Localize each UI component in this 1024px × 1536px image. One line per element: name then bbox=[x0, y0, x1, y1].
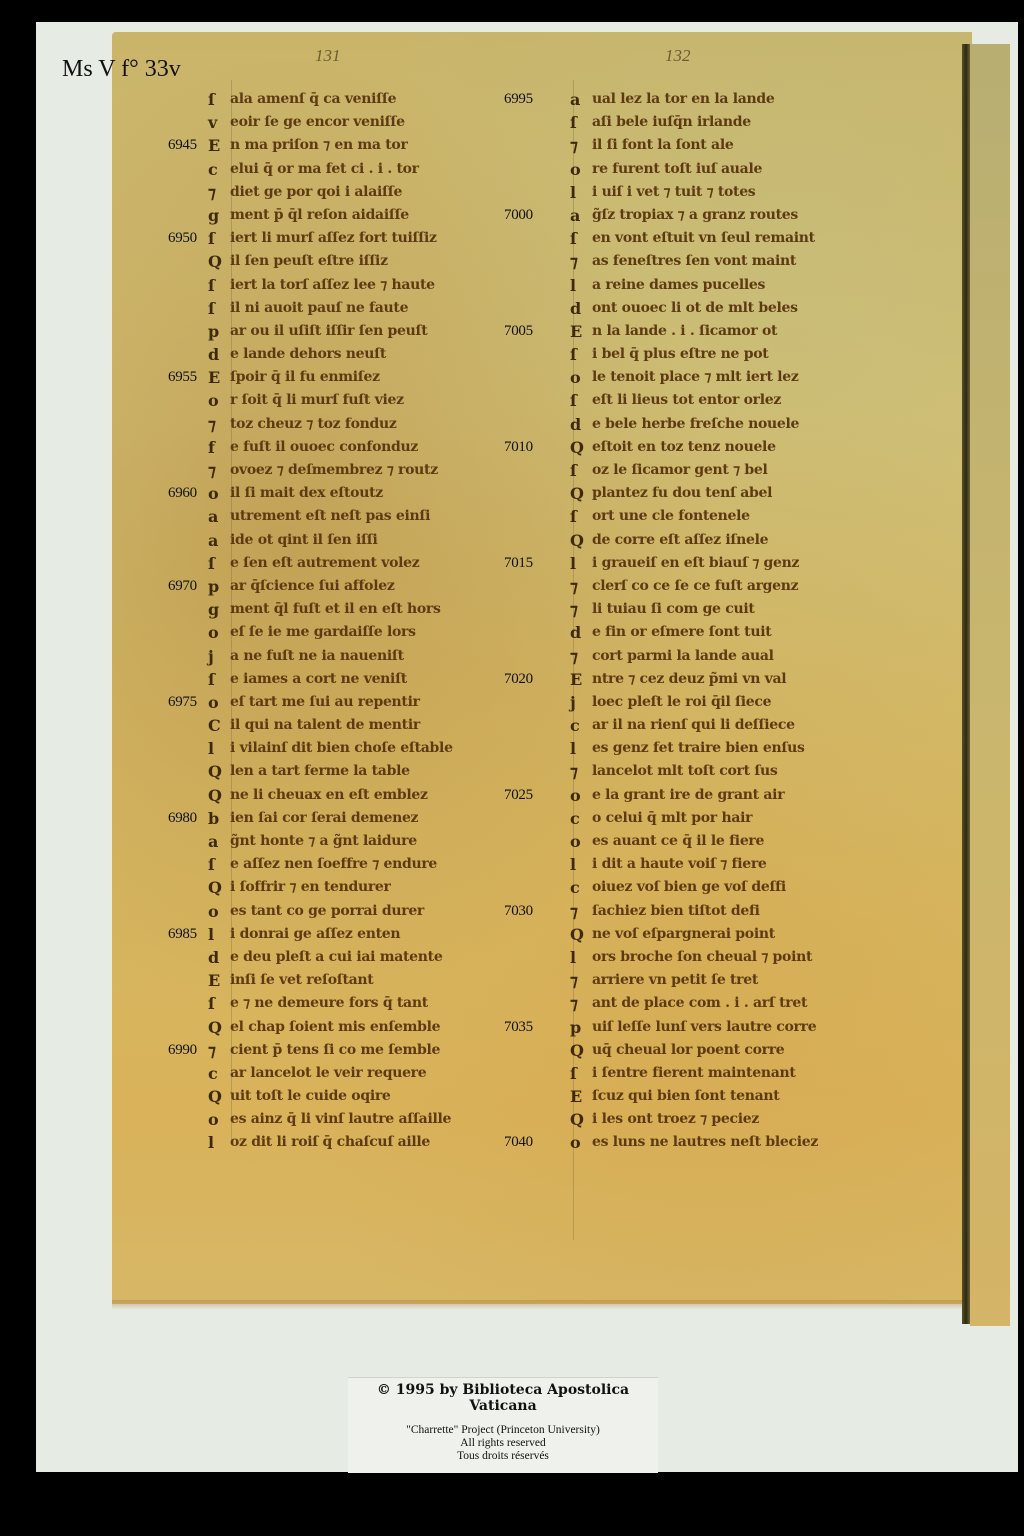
verse-line: ſe ſen eſt autrement volez bbox=[208, 552, 508, 575]
rights-reserved-fr: Tous droits réservés bbox=[348, 1450, 658, 1463]
verse-line: li vilainſ dit bien choſe eſtable bbox=[208, 737, 508, 760]
verse-line: ſeſt li lieus tot entor orlez bbox=[570, 389, 870, 412]
verse-initial: d bbox=[570, 297, 588, 320]
verse-text: i ſentre fierent maintenant bbox=[592, 1062, 796, 1085]
verse-text: toz cheuz ⁊ toz fonduz bbox=[230, 413, 397, 436]
verse-text: ntre ⁊ cez deuz p̃mi vn val bbox=[592, 668, 786, 691]
verse-initial: Q bbox=[570, 1039, 588, 1062]
verse-line: ⁊li tuiau ſi com ge cuit bbox=[570, 598, 870, 621]
verse-initial: c bbox=[570, 876, 588, 899]
verse-initial: b bbox=[208, 807, 226, 830]
verse-initial: p bbox=[570, 1016, 588, 1039]
verse-text: ort une cle fontenele bbox=[592, 505, 750, 528]
verse-initial: ⁊ bbox=[208, 1039, 226, 1062]
verse-line: ſil ni auoit pauſ ne faute bbox=[208, 297, 508, 320]
verse-initial: Q bbox=[208, 760, 226, 783]
verse-line: Qil ſen peuſt eſtre iſſiz bbox=[208, 250, 508, 273]
verse-line: car il na rienſ qui li deſſiece bbox=[570, 714, 870, 737]
verse-line: ⁊arriere vn petit ſe tret bbox=[570, 969, 870, 992]
verse-text: e bele herbe freſche nouele bbox=[592, 413, 799, 436]
verse-initial: ⁊ bbox=[570, 575, 588, 598]
verse-text: diet ge por qoi i alaiſſe bbox=[230, 181, 402, 204]
line-number: 7005 bbox=[504, 320, 533, 343]
verse-line: or ſoit q̄ li murſ fuſt viez bbox=[208, 389, 508, 412]
verse-line: Qi les ont troez ⁊ peciez bbox=[570, 1108, 870, 1131]
verse-initial: c bbox=[208, 158, 226, 181]
verse-line: oeſ tart me ſui au repentir6975 bbox=[208, 691, 508, 714]
verse-initial: E bbox=[570, 320, 588, 343]
verse-text: eſ ſe ie me gardaiſſe lors bbox=[230, 621, 416, 644]
verse-text: re furent toſt iuſ auale bbox=[592, 158, 762, 181]
verse-line: ſi ſentre fierent maintenant bbox=[570, 1062, 870, 1085]
verse-line: par q̄ſcience ſui affolez6970 bbox=[208, 575, 508, 598]
line-number: 6975 bbox=[168, 691, 197, 714]
verse-text: oiuez voſ bien ge voſ deſfi bbox=[592, 876, 786, 899]
verse-text: es tant co ge porrai durer bbox=[230, 900, 424, 923]
verse-text: aſi bele iuſq̄n irlande bbox=[592, 111, 751, 134]
verse-text: clerſ co ce ſe ce fuſt argenz bbox=[592, 575, 798, 598]
line-number: 6960 bbox=[168, 482, 197, 505]
verse-text: g̃nt honte ⁊ a g̃nt laidure bbox=[230, 830, 417, 853]
copyright-label: © 1995 by Biblioteca Apostolica Vaticana… bbox=[348, 1377, 658, 1473]
verse-text: ne voſ eſpargnerai point bbox=[592, 923, 775, 946]
verse-initial: ſ bbox=[570, 343, 588, 366]
verse-initial: c bbox=[570, 714, 588, 737]
verse-initial: o bbox=[208, 621, 226, 644]
verse-initial: c bbox=[570, 807, 588, 830]
verse-text: ar q̄ſcience ſui affolez bbox=[230, 575, 395, 598]
verse-text: uiſ leſſe lunſ vers lautre corre bbox=[592, 1016, 816, 1039]
verse-text: g̃ſz tropiax ⁊ a granz routes bbox=[592, 204, 798, 227]
verse-initial: Q bbox=[570, 923, 588, 946]
shelfmark-title: Ms V f° 33v bbox=[62, 56, 181, 83]
verse-initial: p bbox=[208, 575, 226, 598]
verse-initial: E bbox=[570, 668, 588, 691]
verse-text: r ſoit q̄ li murſ fuſt viez bbox=[230, 389, 404, 412]
verse-initial: o bbox=[570, 1131, 588, 1154]
line-number: 7030 bbox=[504, 900, 533, 923]
verse-text: il ſen peuſt eſtre iſſiz bbox=[230, 250, 388, 273]
verse-initial: E bbox=[208, 366, 226, 389]
verse-initial: o bbox=[570, 784, 588, 807]
verse-initial: f bbox=[208, 436, 226, 459]
verse-initial: E bbox=[208, 134, 226, 157]
verse-initial: l bbox=[570, 274, 588, 297]
verse-text: e fuſt il ouoec confonduz bbox=[230, 436, 418, 459]
verse-line: dont ouoec li ot de mlt beles bbox=[570, 297, 870, 320]
verse-text: il qui na talent de mentir bbox=[230, 714, 420, 737]
verse-text: e aſſez nen ſoeffre ⁊ endure bbox=[230, 853, 437, 876]
verse-line: lors broche ſon cheual ⁊ point bbox=[570, 946, 870, 969]
verse-line: ⁊ant de place com . i . arſ tret bbox=[570, 992, 870, 1015]
verse-line: les genz fet traire bien enſus bbox=[570, 737, 870, 760]
verse-text: es genz fet traire bien enſus bbox=[592, 737, 805, 760]
verse-text: ors broche ſon cheual ⁊ point bbox=[592, 946, 812, 969]
verse-line: En ma priſon ⁊ en ma tor6945 bbox=[208, 134, 508, 157]
verse-text: eſ tart me ſui au repentir bbox=[230, 691, 420, 714]
verse-initial: ſ bbox=[570, 1062, 588, 1085]
verse-text: ſpoir q̄ il fu enmiſez bbox=[230, 366, 380, 389]
verse-text: n la lande . i . ſicamor ot bbox=[592, 320, 777, 343]
verse-initial: d bbox=[208, 343, 226, 366]
verse-line: ⁊cient p̄ tens ſi co me ſemble6990 bbox=[208, 1039, 508, 1062]
verse-line: bien ſai cor ſerai demenez6980 bbox=[208, 807, 508, 830]
verse-text: il ni auoit pauſ ne faute bbox=[230, 297, 408, 320]
verse-initial: Q bbox=[208, 784, 226, 807]
verse-text: e ſen eſt autrement volez bbox=[230, 552, 419, 575]
verse-initial: ⁊ bbox=[208, 413, 226, 436]
line-number: 6990 bbox=[168, 1039, 197, 1062]
verse-line: la reine dames pucelles bbox=[570, 274, 870, 297]
verse-line: oes auant ce q̄ il le fiere bbox=[570, 830, 870, 853]
verse-text: ien ſai cor ſerai demenez bbox=[230, 807, 418, 830]
verse-line: autrement eſt neſt pas einſi bbox=[208, 505, 508, 528]
verse-text: eſtoit en toz tenz nouele bbox=[592, 436, 776, 459]
verse-text: eſt li lieus tot entor orlez bbox=[592, 389, 781, 412]
verse-line: oil ſi mait dex eſtoutz6960 bbox=[208, 482, 508, 505]
line-number: 7015 bbox=[504, 552, 533, 575]
verse-initial: l bbox=[570, 181, 588, 204]
verse-text: ala amenſ q̄ ca veniſſe bbox=[230, 88, 396, 111]
verse-line: ſe aſſez nen ſoeffre ⁊ endure bbox=[208, 853, 508, 876]
verse-text: i vilainſ dit bien choſe eſtable bbox=[230, 737, 453, 760]
verse-initial: ⁊ bbox=[570, 900, 588, 923]
verse-text: lancelot mlt toſt cort ſus bbox=[592, 760, 778, 783]
verse-text: e la grant ire de grant air bbox=[592, 784, 784, 807]
verse-initial: v bbox=[208, 111, 226, 134]
verse-initial: ſ bbox=[208, 992, 226, 1015]
verse-text: ide ot qint il ſen iſſi bbox=[230, 529, 377, 552]
verse-text: e iames a cort ne veniſt bbox=[230, 668, 407, 691]
verse-line: ſiert la torſ aſſez lee ⁊ haute bbox=[208, 274, 508, 297]
verse-text: en vont eſtuit vn ſeul remaint bbox=[592, 227, 815, 250]
verse-initial: d bbox=[570, 413, 588, 436]
verse-line: par ou il uſiſt iſſir ſen peuſt bbox=[208, 320, 508, 343]
verse-text: elui q̄ or ma fet ci . i . tor bbox=[230, 158, 419, 181]
verse-line: Qde corre eſt aſſez iſnele bbox=[570, 529, 870, 552]
verse-initial: c bbox=[208, 1062, 226, 1085]
verse-initial: o bbox=[208, 900, 226, 923]
verse-line: Qplantez fu dou tenſ abel bbox=[570, 482, 870, 505]
verse-line: Qi ſoffrir ⁊ en tendurer bbox=[208, 876, 508, 899]
verse-text: i graueiſ en eſt biauſ ⁊ genz bbox=[592, 552, 799, 575]
verse-text: len a tart ferme la table bbox=[230, 760, 410, 783]
verse-line: ⁊lancelot mlt toſt cort ſus bbox=[570, 760, 870, 783]
verse-text: utrement eſt neſt pas einſi bbox=[230, 505, 430, 528]
verse-text: o celui q̄ mlt por hair bbox=[592, 807, 752, 830]
line-number: 6980 bbox=[168, 807, 197, 830]
verse-text: e fin or eſmere ſont tuit bbox=[592, 621, 771, 644]
verse-initial: j bbox=[208, 645, 226, 668]
verse-initial: a bbox=[208, 830, 226, 853]
verse-line: ⁊il ſi font la ſont ale bbox=[570, 134, 870, 157]
verse-initial: o bbox=[208, 482, 226, 505]
verse-initial: l bbox=[208, 737, 226, 760]
verse-initial: Q bbox=[208, 1085, 226, 1108]
verse-line: Einſi ſe vet reſoſtant bbox=[208, 969, 508, 992]
verse-initial: E bbox=[208, 969, 226, 992]
verse-initial: ⁊ bbox=[570, 645, 588, 668]
verse-line: veoir ſe ge encor veniſſe bbox=[208, 111, 508, 134]
verse-initial: ſ bbox=[570, 227, 588, 250]
verse-initial: o bbox=[570, 830, 588, 853]
verse-line: ſort une cle fontenele bbox=[570, 505, 870, 528]
line-number: 7020 bbox=[504, 668, 533, 691]
verse-initial: d bbox=[208, 946, 226, 969]
verse-initial: ⁊ bbox=[208, 459, 226, 482]
verse-line: ⁊toz cheuz ⁊ toz fonduz bbox=[208, 413, 508, 436]
verse-line: ſe iames a cort ne veniſt bbox=[208, 668, 508, 691]
verse-initial: ⁊ bbox=[570, 969, 588, 992]
verse-line: Qne voſ eſpargnerai point bbox=[570, 923, 870, 946]
verse-text: ment q̄l fuſt et il en eſt hors bbox=[230, 598, 441, 621]
verse-line: de bele herbe freſche nouele bbox=[570, 413, 870, 436]
verse-initial: a bbox=[208, 529, 226, 552]
project-credit: "Charrette" Project (Princeton Universit… bbox=[348, 1424, 658, 1437]
verse-line: li uiſ i vet ⁊ tuit ⁊ totes bbox=[570, 181, 870, 204]
verse-initial: Q bbox=[208, 876, 226, 899]
verse-line: celui q̄ or ma fet ci . i . tor bbox=[208, 158, 508, 181]
verse-line: li donrai ge aſſez enten6985 bbox=[208, 923, 508, 946]
verse-line: ⁊clerſ co ce ſe ce fuſt argenz bbox=[570, 575, 870, 598]
verse-line: oe la grant ire de grant air7025 bbox=[570, 784, 870, 807]
verse-initial: g bbox=[208, 204, 226, 227]
verse-initial: Q bbox=[208, 250, 226, 273]
verse-initial: o bbox=[208, 691, 226, 714]
verse-line: puiſ leſſe lunſ vers lautre corre7035 bbox=[570, 1016, 870, 1039]
verse-line: Eſpoir q̄ il fu enmiſez6955 bbox=[208, 366, 508, 389]
line-number: 6955 bbox=[168, 366, 197, 389]
verse-text: ual lez la tor en la lande bbox=[592, 88, 775, 111]
verse-text: oz dit li roiſ q̄ chaſcuſ aille bbox=[230, 1131, 430, 1154]
verse-line: Qlen a tart ferme la table bbox=[208, 760, 508, 783]
verse-text: i bel q̄ plus eſtre ne pot bbox=[592, 343, 768, 366]
verse-text: ſachiez bien tiſtot defi bbox=[592, 900, 760, 923]
verse-text: plantez fu dou tenſ abel bbox=[592, 482, 772, 505]
verse-initial: a bbox=[570, 204, 588, 227]
verse-line: fe fuſt il ouoec confonduz bbox=[208, 436, 508, 459]
verse-text: ant de place com . i . arſ tret bbox=[592, 992, 807, 1015]
verse-initial: o bbox=[208, 1108, 226, 1131]
verse-text: i dit a haute voiſ ⁊ fiere bbox=[592, 853, 767, 876]
verse-initial: ⁊ bbox=[570, 760, 588, 783]
verse-line: coiuez voſ bien ge voſ deſfi bbox=[570, 876, 870, 899]
verse-line: Quit toſt le cuide oqire bbox=[208, 1085, 508, 1108]
verse-text: el chap ſoient mis enſemble bbox=[230, 1016, 440, 1039]
verse-text: ar lancelot le veir requere bbox=[230, 1062, 426, 1085]
verse-initial: a bbox=[208, 505, 226, 528]
verse-text: iert li murſ aſſez fort tuiſſiz bbox=[230, 227, 437, 250]
verse-initial: Q bbox=[570, 529, 588, 552]
verse-initial: ſ bbox=[570, 389, 588, 412]
verse-initial: ⁊ bbox=[570, 992, 588, 1015]
verse-text: oz le ſicamor gent ⁊ bel bbox=[592, 459, 767, 482]
verse-text: ar il na rienſ qui li deſſiece bbox=[592, 714, 795, 737]
verse-line: ⁊ovoez ⁊ deſmembrez ⁊ routz bbox=[208, 459, 508, 482]
verse-initial: C bbox=[208, 714, 226, 737]
copyright-line: © 1995 by Biblioteca Apostolica Vaticana bbox=[348, 1382, 658, 1414]
verse-text: ovoez ⁊ deſmembrez ⁊ routz bbox=[230, 459, 438, 482]
verse-text: es auant ce q̄ il le fiere bbox=[592, 830, 764, 853]
verse-line: ⁊as feneſtres ſen vont maint bbox=[570, 250, 870, 273]
verse-initial: ſ bbox=[208, 552, 226, 575]
line-number: 6945 bbox=[168, 134, 197, 157]
verse-initial: ſ bbox=[208, 297, 226, 320]
verse-initial: p bbox=[208, 320, 226, 343]
line-number: 7000 bbox=[504, 204, 533, 227]
verse-text: cient p̄ tens ſi co me ſemble bbox=[230, 1039, 440, 1062]
verse-initial: Q bbox=[570, 1108, 588, 1131]
verse-initial: Q bbox=[570, 482, 588, 505]
verse-line: ⁊diet ge por qoi i alaiſſe bbox=[208, 181, 508, 204]
verse-line: ſoz le ſicamor gent ⁊ bel bbox=[570, 459, 870, 482]
verse-line: ſaſi bele iuſq̄n irlande bbox=[570, 111, 870, 134]
verse-line: gment q̄l fuſt et il en eſt hors bbox=[208, 598, 508, 621]
verse-initial: l bbox=[208, 1131, 226, 1154]
verse-text: ment p̄ q̄l reſon aidaiſſe bbox=[230, 204, 409, 227]
verse-text: il ſi mait dex eſtoutz bbox=[230, 482, 383, 505]
verse-initial: ⁊ bbox=[570, 598, 588, 621]
verse-line: ſe ⁊ ne demeure fors q̄ tant bbox=[208, 992, 508, 1015]
verse-initial: ⁊ bbox=[208, 181, 226, 204]
verse-initial: ſ bbox=[208, 227, 226, 250]
verse-text: i uiſ i vet ⁊ tuit ⁊ totes bbox=[592, 181, 755, 204]
verse-initial: Q bbox=[570, 436, 588, 459]
verse-line: ore furent toſt iuſ auale bbox=[570, 158, 870, 181]
verse-line: ag̃nt honte ⁊ a g̃nt laidure bbox=[208, 830, 508, 853]
page-number-left: 131 bbox=[315, 46, 341, 66]
verse-initial: d bbox=[570, 621, 588, 644]
binding-gutter bbox=[962, 44, 970, 1324]
verse-line: ſi bel q̄ plus eſtre ne pot bbox=[570, 343, 870, 366]
verse-text: ſcuz qui bien ſont tenant bbox=[592, 1085, 779, 1108]
facing-leaf-edge bbox=[970, 44, 1010, 1326]
verse-text: es luns ne lautres neſt bleciez bbox=[592, 1131, 818, 1154]
verse-line: oes ainz q̄ li vinſ lautre aſſaille bbox=[208, 1108, 508, 1131]
text-column-left: ſala amenſ q̄ ca veniſſeveoir ſe ge enco… bbox=[208, 88, 508, 1155]
verse-text: uq̄ cheual lor poent corre bbox=[592, 1039, 784, 1062]
verse-line: de fin or eſmere ſont tuit bbox=[570, 621, 870, 644]
verse-initial: o bbox=[570, 366, 588, 389]
verse-line: oes tant co ge porrai durer bbox=[208, 900, 508, 923]
verse-line: gment p̄ q̄l reſon aidaiſſe bbox=[208, 204, 508, 227]
verse-text: a reine dames pucelles bbox=[592, 274, 765, 297]
verse-text: iert la torſ aſſez lee ⁊ haute bbox=[230, 274, 435, 297]
line-number: 6950 bbox=[168, 227, 197, 250]
verse-text: i donrai ge aſſez enten bbox=[230, 923, 400, 946]
verse-line: ⁊ſachiez bien tiſtot defi7030 bbox=[570, 900, 870, 923]
verse-text: e lande dehors neuſt bbox=[230, 343, 386, 366]
verse-line: de deu pleſt a cui iai matente bbox=[208, 946, 508, 969]
line-number: 7035 bbox=[504, 1016, 533, 1039]
verse-text: cort parmi la lande aual bbox=[592, 645, 774, 668]
page-number-right: 132 bbox=[665, 46, 691, 66]
verse-line: de lande dehors neuſt bbox=[208, 343, 508, 366]
verse-initial: ſ bbox=[570, 459, 588, 482]
verse-initial: g bbox=[208, 598, 226, 621]
line-number: 6985 bbox=[168, 923, 197, 946]
verse-initial: l bbox=[570, 737, 588, 760]
verse-text: e deu pleſt a cui iai matente bbox=[230, 946, 442, 969]
verse-initial: l bbox=[570, 946, 588, 969]
verse-text: de corre eſt aſſez iſnele bbox=[592, 529, 768, 552]
verse-line: co celui q̄ mlt por hair bbox=[570, 807, 870, 830]
verse-text: il ſi font la ſont ale bbox=[592, 134, 733, 157]
verse-line: ag̃ſz tropiax ⁊ a granz routes7000 bbox=[570, 204, 870, 227]
verse-text: e ⁊ ne demeure fors q̄ tant bbox=[230, 992, 428, 1015]
rights-reserved-en: All rights reserved bbox=[348, 1437, 658, 1450]
verse-initial: E bbox=[570, 1085, 588, 1108]
verse-line: loz dit li roiſ q̄ chaſcuſ aille bbox=[208, 1131, 508, 1154]
verse-text: a ne fuſt ne ia naueniſt bbox=[230, 645, 404, 668]
verse-text: li tuiau ſi com ge cuit bbox=[592, 598, 755, 621]
verse-line: aide ot qint il ſen iſſi bbox=[208, 529, 508, 552]
verse-text: uit toſt le cuide oqire bbox=[230, 1085, 391, 1108]
verse-line: li graueiſ en eſt biauſ ⁊ genz7015 bbox=[570, 552, 870, 575]
verse-text: as feneſtres ſen vont maint bbox=[592, 250, 796, 273]
verse-initial: ſ bbox=[208, 274, 226, 297]
verse-line: En la lande . i . ſicamor ot7005 bbox=[570, 320, 870, 343]
verse-initial: o bbox=[570, 158, 588, 181]
line-number: 6995 bbox=[504, 88, 533, 111]
verse-line: li dit a haute voiſ ⁊ fiere bbox=[570, 853, 870, 876]
verse-text: eoir ſe ge encor veniſſe bbox=[230, 111, 405, 134]
verse-initial: ⁊ bbox=[570, 134, 588, 157]
verse-text: i ſoffrir ⁊ en tendurer bbox=[230, 876, 391, 899]
verse-initial: l bbox=[570, 552, 588, 575]
verse-text: arriere vn petit ſe tret bbox=[592, 969, 758, 992]
verse-line: Qel chap ſoient mis enſemble bbox=[208, 1016, 508, 1039]
verse-initial: ſ bbox=[570, 505, 588, 528]
line-number: 7010 bbox=[504, 436, 533, 459]
verse-line: ſiert li murſ aſſez fort tuiſſiz6950 bbox=[208, 227, 508, 250]
verse-text: n ma priſon ⁊ en ma tor bbox=[230, 134, 408, 157]
verse-initial: ſ bbox=[208, 668, 226, 691]
verse-line: Quq̄ cheual lor poent corre bbox=[570, 1039, 870, 1062]
verse-initial: l bbox=[570, 853, 588, 876]
verse-text: ne li cheuax en eſt emblez bbox=[230, 784, 428, 807]
verse-line: Eſcuz qui bien ſont tenant bbox=[570, 1085, 870, 1108]
verse-line: ſala amenſ q̄ ca veniſſe bbox=[208, 88, 508, 111]
verse-initial: a bbox=[570, 88, 588, 111]
verse-line: jloec pleſt le roi q̄il ſiece bbox=[570, 691, 870, 714]
verse-line: Entre ⁊ cez deuz p̃mi vn val7020 bbox=[570, 668, 870, 691]
verse-initial: Q bbox=[208, 1016, 226, 1039]
verse-line: ja ne fuſt ne ia naueniſt bbox=[208, 645, 508, 668]
line-number: 7040 bbox=[504, 1131, 533, 1154]
line-number: 7025 bbox=[504, 784, 533, 807]
verse-initial: ⁊ bbox=[570, 250, 588, 273]
verse-initial: ſ bbox=[208, 88, 226, 111]
verse-text: ont ouoec li ot de mlt beles bbox=[592, 297, 798, 320]
verse-initial: o bbox=[208, 389, 226, 412]
verse-text: es ainz q̄ li vinſ lautre aſſaille bbox=[230, 1108, 451, 1131]
verse-line: Qeſtoit en toz tenz nouele7010 bbox=[570, 436, 870, 459]
verse-line: Qne li cheuax en eſt emblez bbox=[208, 784, 508, 807]
verse-line: oes luns ne lautres neſt bleciez7040 bbox=[570, 1131, 870, 1154]
verse-line: ⁊cort parmi la lande aual bbox=[570, 645, 870, 668]
verse-line: ole tenoit place ⁊ mlt iert lez bbox=[570, 366, 870, 389]
verse-line: oeſ ſe ie me gardaiſſe lors bbox=[208, 621, 508, 644]
verse-initial: l bbox=[208, 923, 226, 946]
verse-initial: ſ bbox=[208, 853, 226, 876]
verse-line: car lancelot le veir requere bbox=[208, 1062, 508, 1085]
verse-line: ſen vont eſtuit vn ſeul remaint bbox=[570, 227, 870, 250]
verse-line: aual lez la tor en la lande6995 bbox=[570, 88, 870, 111]
verse-text: ar ou il uſiſt iſſir ſen peuſt bbox=[230, 320, 427, 343]
verse-text: i les ont troez ⁊ peciez bbox=[592, 1108, 759, 1131]
verse-line: Cil qui na talent de mentir bbox=[208, 714, 508, 737]
